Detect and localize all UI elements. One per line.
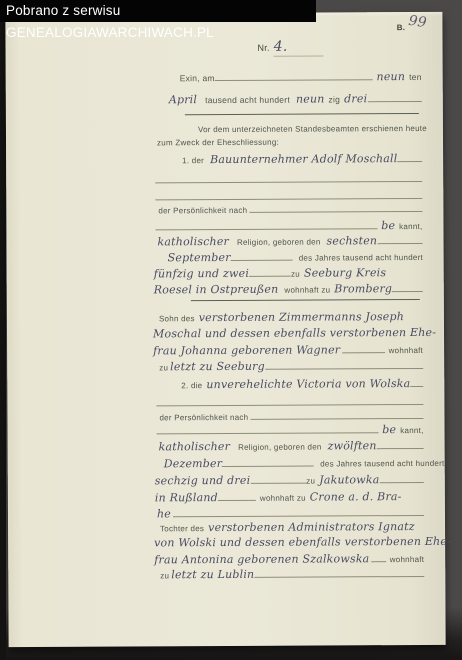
kannt-printed: kannt, — [399, 222, 422, 231]
section-divider — [185, 113, 419, 115]
birthyear-handwritten: fünfzig und zwei — [154, 267, 249, 280]
date-line: Exin, am neun ten — [180, 69, 422, 84]
blank-underline — [250, 408, 423, 420]
groom-parents-line-1: Sohn des verstorbenen Zimmermanns Joseph — [159, 310, 404, 324]
watermark-banner: Pobrano z serwisu GENEALOGIAWARCHIWACH.P… — [0, 0, 316, 22]
record-number-value: 4. — [274, 39, 288, 55]
last-residence-handwritten: letzt zu Lublin — [171, 568, 254, 581]
document-page: B. 99 Nr. 4. Exin, am neun ten April tau… — [5, 12, 445, 647]
birthmonth-handwritten: Dezember — [164, 457, 223, 470]
groom-item-label: 1. der — [182, 156, 204, 165]
groom-name-line: 1. der Bauunternehmer Adolf Moschall — [182, 151, 422, 166]
wohnhaft-printed: wohnhaft — [390, 555, 425, 564]
blank-underline — [379, 472, 423, 483]
bride-parents-line-3: frau Antonina geborenen Szalkowska wohnh… — [154, 551, 424, 566]
groom-religion-line: katholischer Religion, geboren den sechs… — [158, 233, 423, 248]
blank-underline — [173, 505, 424, 517]
blank-underline — [377, 233, 422, 244]
blank-underline — [392, 281, 423, 292]
mother-handwritten: frau Antonina geborenen Szalkowska — [154, 552, 369, 566]
blank-underline — [265, 358, 423, 370]
bride-item-label: 2. die — [181, 381, 202, 390]
corner-mark: B. 99 — [397, 14, 427, 32]
bride-birthyear-line: sechzig und drei zu Jakutowka — [155, 472, 424, 487]
zu-printed: zu — [306, 477, 315, 486]
zu-printed: zu — [291, 270, 300, 279]
zu-printed: zu — [160, 571, 169, 580]
wohnhaft-zu-printed: wohnhaft zu — [260, 494, 306, 503]
wohnhaft-zu-printed: wohnhaft zu — [284, 285, 330, 294]
year-printed-mid: tausend acht hundert — [205, 95, 290, 105]
year-line: April tausend acht hundert neun zig drei — [169, 91, 422, 106]
blank-underline — [155, 218, 377, 230]
bride-religion-line: katholischer Religion, geboren den zwölf… — [159, 438, 424, 453]
blank-underline — [215, 69, 373, 81]
identity-label: der Persönlichkeit nach — [159, 413, 248, 422]
be-handwritten: be — [382, 423, 396, 436]
mother-handwritten: frau Johanna geborenen Wagner — [153, 343, 340, 357]
kannt-printed: kannt, — [400, 426, 423, 435]
corner-handwritten-number: 99 — [407, 13, 427, 31]
jahres-printed: des Jahres tausend acht hundert — [320, 459, 444, 469]
blank-underline — [156, 394, 423, 406]
birthday-handwritten: sechsten — [326, 234, 377, 247]
father-handwritten: verstorbenen Administrators Ignatz — [208, 520, 415, 534]
groom-parents-line-3: frau Johanna geborenen Wagner wohnhaft — [153, 342, 423, 357]
blank-underline — [218, 490, 256, 501]
year-tens-handwritten: neun — [296, 92, 325, 105]
blank-underline — [155, 188, 422, 200]
birthplace-handwritten: Seeburg Kreis — [304, 266, 386, 279]
identity-label: der Persönlichkeit nach — [158, 206, 247, 215]
residence-handwritten: Bromberg — [334, 282, 392, 295]
watermark-text: Pobrano z serwisu GENEALOGIAWARCHIWACH.P… — [6, 3, 214, 40]
residence2-handwritten: he — [157, 507, 171, 520]
groom-birthyear-line: fünfzig und zwei zu Seeburg Kreis — [154, 265, 387, 280]
blank-underline — [254, 566, 424, 578]
blank-underline — [371, 551, 385, 562]
blank-underline — [249, 201, 422, 213]
record-number-label: Nr. — [257, 43, 269, 53]
be-handwritten: be — [381, 219, 395, 232]
religion-handwritten: katholischer — [158, 235, 230, 248]
intro-line-1: Vor dem unterzeichneten Standesbeamten e… — [198, 124, 427, 134]
intro-line-2: zum Zweck der Eheschliessung: — [157, 138, 279, 148]
jahres-printed: des Jahres tausend acht hundert — [299, 253, 423, 263]
blank-underline — [231, 250, 293, 261]
blank-underline — [377, 438, 424, 449]
bride-residence-line: in Rußland wohnhaft zu Crone a. d. Bra- — [155, 489, 424, 504]
birthyear-handwritten: sechzig und drei — [155, 474, 251, 487]
bride-bekannt-line: be kannt, — [156, 422, 423, 437]
date-day-suffix: ten — [409, 72, 422, 82]
section-divider — [191, 299, 420, 301]
record-number-slot: 4. — [274, 37, 324, 56]
date-place-label: Exin, am — [180, 73, 215, 83]
groom-parents-line-2: Moschal und dessen ebenfalls verstorbene… — [153, 326, 436, 340]
blank-underline — [222, 456, 314, 467]
religion-handwritten: katholischer — [159, 440, 231, 453]
last-residence-handwritten: letzt zu Seeburg — [170, 360, 265, 373]
wohnhaft-printed: wohnhaft — [389, 346, 424, 355]
tochter-des-printed: Tochter des — [160, 524, 204, 533]
bride-parents-line-1: Tochter des verstorbenen Administrators … — [160, 520, 415, 534]
bride-residence-line-2: he — [157, 505, 424, 520]
groom-last-residence-line: zu letzt zu Seeburg — [159, 358, 423, 373]
blank-underline — [155, 171, 422, 183]
birthplace2-handwritten: in Rußland — [155, 491, 218, 504]
blank-underline — [397, 151, 422, 162]
bride-identity-line: der Persönlichkeit nach — [159, 408, 423, 422]
intro-text-2: zum Zweck der Eheschliessung: — [157, 138, 279, 148]
blank-underline — [250, 473, 306, 484]
blank-underline — [156, 422, 378, 434]
groom-birthmonth-line: September des Jahres tausend acht hunder… — [168, 249, 423, 264]
parents-handwritten-2: Moschal und dessen ebenfalls verstorbene… — [153, 326, 436, 340]
blank-underline — [367, 91, 422, 102]
year-units-handwritten: drei — [344, 92, 367, 105]
groom-identity-line: der Persönlichkeit nach — [158, 201, 422, 215]
blank-underline — [342, 342, 384, 353]
month-handwritten: April — [169, 93, 197, 106]
birthplace-handwritten: Jakutowka — [319, 473, 379, 486]
bride-last-residence-line: zu letzt zu Lublin — [160, 566, 424, 581]
scan-background: B. 99 Nr. 4. Exin, am neun ten April tau… — [0, 0, 462, 660]
religion-printed: Religion, geboren den — [238, 442, 322, 451]
residence-handwritten: Crone a. d. Bra- — [310, 490, 402, 503]
groom-residence-line: Roesel in Ostpreußen wohnhaft zu Bromber… — [154, 281, 423, 296]
intro-text-1: Vor dem unterzeichneten Standesbeamten e… — [198, 124, 427, 134]
bride-birthmonth-line: Dezember des Jahres tausend acht hundert — [164, 455, 445, 470]
father-handwritten: verstorbenen Zimmermanns Joseph — [199, 310, 404, 324]
birthday-handwritten: zwölften — [328, 439, 377, 452]
parents-handwritten-2: von Wolski und dessen ebenfalls verstorb… — [154, 535, 451, 550]
blank-line — [155, 171, 422, 183]
corner-printed-label: B. — [397, 23, 406, 32]
bride-name-handwritten: unverehelichte Victoria von Wolska — [206, 377, 410, 391]
bride-parents-line-2: von Wolski und dessen ebenfalls verstorb… — [154, 535, 451, 550]
zu-printed: zu — [159, 363, 168, 372]
date-day-handwritten: neun — [376, 70, 405, 83]
blank-line — [156, 394, 423, 406]
birthmonth-handwritten: September — [168, 251, 231, 264]
religion-printed: Religion, geboren den — [237, 238, 321, 247]
groom-name-handwritten: Bauunternehmer Adolf Moschall — [210, 152, 397, 166]
bride-name-line: 2. die unverehelichte Victoria von Wolsk… — [181, 376, 423, 391]
birthplace2-handwritten: Roesel in Ostpreußen — [154, 283, 279, 297]
blank-underline — [249, 266, 291, 277]
year-zig-printed: zig — [329, 94, 341, 104]
sohn-des-printed: Sohn des — [159, 314, 195, 323]
groom-bekannt-line: be kannt, — [155, 218, 422, 233]
blank-line — [155, 188, 422, 200]
record-number-line: Nr. 4. — [257, 37, 323, 56]
blank-underline — [410, 376, 423, 387]
